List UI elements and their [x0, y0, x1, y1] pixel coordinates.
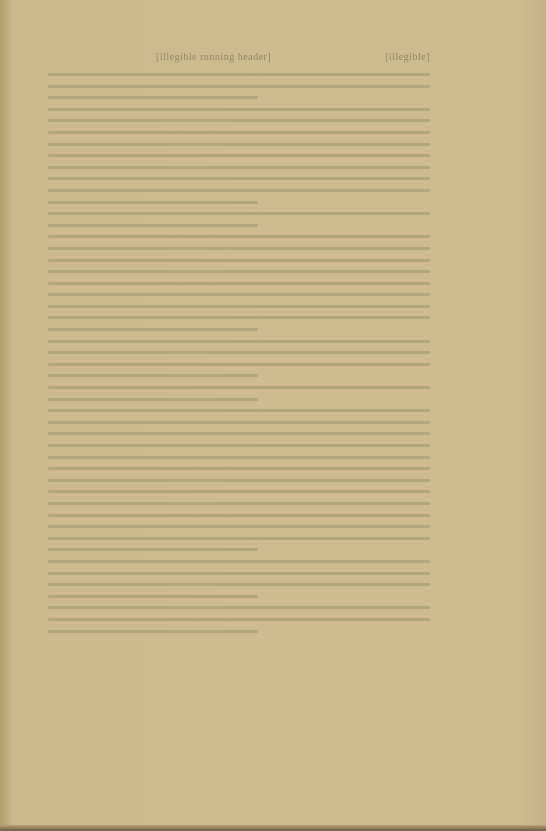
- paragraph: [illegible]: [48, 212, 430, 227]
- text-line: [48, 374, 258, 377]
- text-line: [48, 119, 430, 122]
- text-line: [48, 305, 430, 308]
- text-line: [48, 282, 430, 285]
- text-line: [48, 479, 430, 482]
- text-line: [48, 166, 430, 169]
- text-line: [48, 247, 430, 250]
- text-line: [48, 432, 430, 435]
- text-line: [48, 502, 430, 505]
- text-line: [48, 595, 258, 598]
- text-line: [48, 224, 258, 227]
- text-line: [48, 108, 430, 111]
- paragraph: [illegible]: [48, 386, 430, 401]
- text-line: [48, 409, 430, 412]
- paragraph: [illegible]: [48, 108, 430, 204]
- text-line: [48, 398, 258, 401]
- text-line: [48, 235, 430, 238]
- text-line: [48, 270, 430, 273]
- text-line: [48, 560, 430, 563]
- page-gutter: [0, 0, 12, 831]
- text-line: [48, 154, 430, 157]
- paragraph: [illegible]: [48, 235, 430, 331]
- text-line: [48, 177, 430, 180]
- text-line: [48, 572, 430, 575]
- body-text: [illegible][illegible][illegible][illegi…: [48, 73, 430, 641]
- page-number: [illegible]: [385, 52, 430, 63]
- text-line: [48, 131, 430, 134]
- page-bottom-edge: [0, 825, 546, 831]
- text-line: [48, 328, 258, 331]
- text-line: [48, 143, 430, 146]
- text-line: [48, 259, 430, 262]
- paragraph: [illegible]: [48, 409, 430, 551]
- text-line: [48, 201, 258, 204]
- text-line: [48, 444, 430, 447]
- text-line: [48, 421, 430, 424]
- text-line: [48, 456, 430, 459]
- text-line: [48, 490, 430, 493]
- paragraph: [illegible]: [48, 340, 430, 378]
- text-line: [48, 537, 430, 540]
- running-header: [illegible running header] [illegible]: [48, 52, 430, 66]
- text-line: [48, 548, 258, 551]
- text-line: [48, 467, 430, 470]
- text-line: [48, 351, 430, 354]
- text-line: [48, 630, 258, 633]
- text-line: [48, 363, 430, 366]
- text-line: [48, 583, 430, 586]
- text-line: [48, 618, 430, 621]
- text-line: [48, 85, 430, 88]
- scanned-page: [illegible running header] [illegible] […: [0, 0, 546, 831]
- text-line: [48, 340, 430, 343]
- paragraph: [illegible]: [48, 606, 430, 632]
- text-line: [48, 293, 430, 296]
- text-line: [48, 212, 430, 215]
- text-line: [48, 606, 430, 609]
- running-header-title: [illegible running header]: [156, 52, 271, 63]
- text-line: [48, 73, 430, 76]
- text-line: [48, 96, 258, 99]
- text-line: [48, 316, 430, 319]
- paragraph: [illegible]: [48, 73, 430, 99]
- text-line: [48, 189, 430, 192]
- paragraph: [illegible]: [48, 560, 430, 598]
- text-line: [48, 386, 430, 389]
- text-line: [48, 525, 430, 528]
- text-line: [48, 514, 430, 517]
